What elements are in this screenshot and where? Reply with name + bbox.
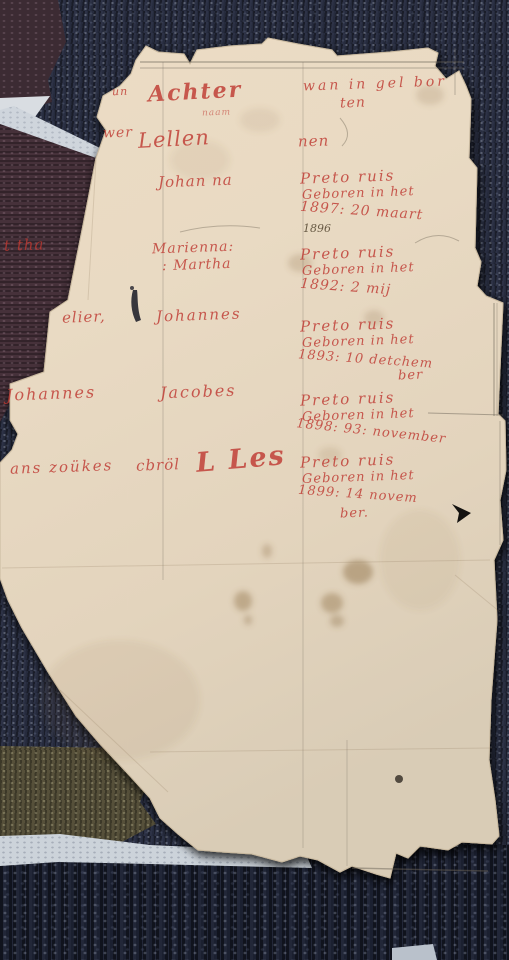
paper-shape (0, 38, 506, 878)
photo: un Achter naam wan in gel bor ten wer Le… (0, 0, 509, 960)
ink-dot (130, 286, 134, 290)
dark-spot (395, 775, 403, 783)
paper-sheet (0, 0, 509, 960)
